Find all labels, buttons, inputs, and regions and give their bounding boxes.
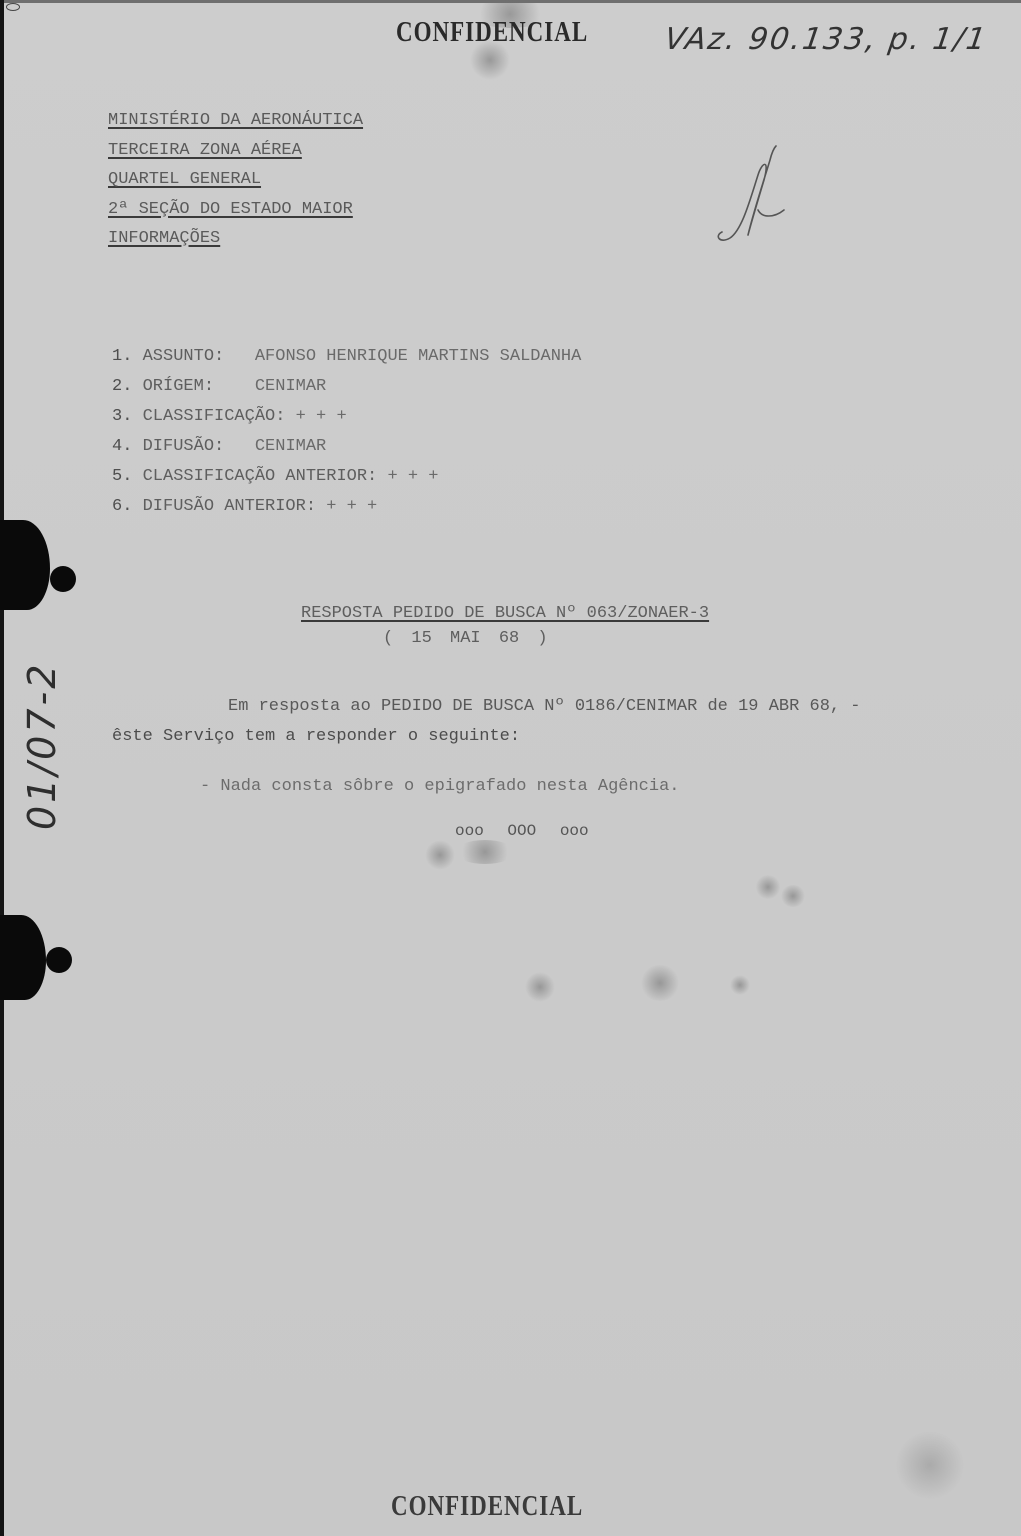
document-title: RESPOSTA PEDIDO DE BUSCA Nº 063/ZONAER-3 (301, 604, 709, 623)
field-row-origem: 2. ORÍGEM: CENIMAR (112, 372, 581, 402)
corner-mark (6, 3, 20, 11)
field-row-classificacao: 3. CLASSIFICAÇÃO: + + + (112, 402, 581, 432)
stain (755, 875, 781, 899)
folio-number: 01/07-2 (20, 662, 64, 830)
letterhead-line: QUARTEL GENERAL (108, 165, 363, 195)
scan-left-edge (0, 0, 4, 1536)
field-row-classificacao-anterior: 5. CLASSIFICAÇÃO ANTERIOR: + + + (112, 462, 581, 492)
body-paragraph-line-1: Em resposta ao PEDIDO DE BUSCA Nº 0186/C… (112, 692, 982, 722)
body-item: - Nada consta sôbre o epigrafado nesta A… (200, 772, 982, 802)
closing-mark: ooo OOO ooo (455, 822, 589, 840)
letterhead-line: MINISTÉRIO DA AERONÁUTICA (108, 106, 363, 136)
field-row-difusao: 4. DIFUSÃO: CENIMAR (112, 432, 581, 462)
letterhead: MINISTÉRIO DA AERONÁUTICA TERCEIRA ZONA … (108, 106, 363, 254)
confidential-stamp-top: CONFIDENCIAL (396, 16, 588, 49)
punch-hole-bottom (0, 915, 46, 1000)
punch-hole-bottom-dot (46, 947, 72, 973)
letterhead-line: 2ª SEÇÃO DO ESTADO MAIOR (108, 195, 363, 225)
letterhead-line: INFORMAÇÕES (108, 224, 363, 254)
stain (525, 972, 555, 1002)
punch-hole-top (0, 520, 50, 610)
confidential-stamp-bottom: CONFIDENCIAL (391, 1490, 583, 1523)
stain (730, 975, 750, 995)
stain (780, 885, 806, 907)
stain (425, 840, 455, 870)
archive-reference: VAz. 90.133, p. 1/1 (663, 22, 990, 57)
document-date: ( 15 MAI 68 ) (383, 629, 709, 648)
document-body: Em resposta ao PEDIDO DE BUSCA Nº 0186/C… (112, 692, 982, 802)
stain (455, 840, 515, 864)
field-row-assunto: 1. ASSUNTO: AFONSO HENRIQUE MARTINS SALD… (112, 342, 581, 372)
document-title-block: RESPOSTA PEDIDO DE BUSCA Nº 063/ZONAER-3… (301, 604, 709, 648)
document-fields: 1. ASSUNTO: AFONSO HENRIQUE MARTINS SALD… (112, 342, 581, 522)
field-row-difusao-anterior: 6. DIFUSÃO ANTERIOR: + + + (112, 492, 581, 522)
document-page: CONFIDENCIAL VAz. 90.133, p. 1/1 01/07-2… (0, 0, 1021, 1536)
stain (640, 965, 680, 1001)
stain (895, 1430, 965, 1500)
letterhead-line: TERCEIRA ZONA AÉREA (108, 136, 363, 166)
signature-icon (712, 140, 802, 250)
body-paragraph-line-2: êste Serviço tem a responder o seguinte: (112, 722, 982, 752)
punch-hole-top-dot (50, 566, 76, 592)
